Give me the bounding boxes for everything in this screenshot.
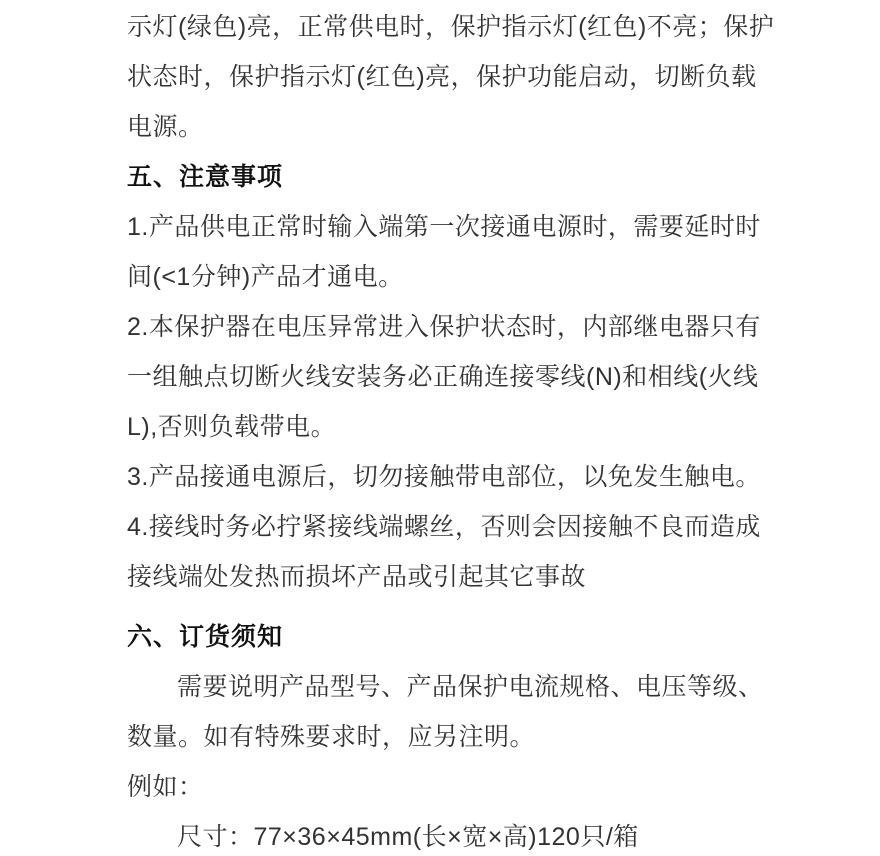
paragraph-line: 例如：	[127, 762, 807, 812]
paragraph-line: 状态时，保护指示灯(红色)亮，保护功能启动，切断负载	[127, 52, 807, 102]
paragraph-line: 需要说明产品型号、产品保护电流规格、电压等级、	[127, 662, 807, 712]
document-content: 示灯(绿色)亮，正常供电时，保护指示灯(红色)不亮；保护 状态时，保护指示灯(红…	[127, 2, 807, 856]
paragraph-line: 一组触点切断火线安装务必正确连接零线(N)和相线(火线	[127, 352, 807, 402]
document-page: 示灯(绿色)亮，正常供电时，保护指示灯(红色)不亮；保护 状态时，保护指示灯(红…	[0, 0, 880, 856]
section-heading-notes: 五、注意事项	[127, 152, 807, 202]
paragraph-line: 接线端处发热而损坏产品或引起其它事故	[127, 552, 807, 602]
paragraph-line: 电源。	[127, 102, 807, 152]
paragraph-line: 数量。如有特殊要求时，应另注明。	[127, 712, 807, 762]
paragraph-line: 尺寸：77×36×45mm(长×宽×高)120只/箱	[127, 812, 807, 856]
paragraph-line: 1.产品供电正常时输入端第一次接通电源时，需要延时时	[127, 202, 807, 252]
paragraph-line: L),否则负载带电。	[127, 402, 807, 452]
paragraph-line: 2.本保护器在电压异常进入保护状态时，内部继电器只有	[127, 302, 807, 352]
paragraph-line: 4.接线时务必拧紧接线端螺丝，否则会因接触不良而造成	[127, 502, 807, 552]
section-heading-ordering: 六、订货须知	[127, 612, 807, 662]
paragraph-line: 3.产品接通电源后，切勿接触带电部位，以免发生触电。	[127, 452, 807, 502]
paragraph-line: 间(<1分钟)产品才通电。	[127, 252, 807, 302]
paragraph-line: 示灯(绿色)亮，正常供电时，保护指示灯(红色)不亮；保护	[127, 2, 807, 52]
